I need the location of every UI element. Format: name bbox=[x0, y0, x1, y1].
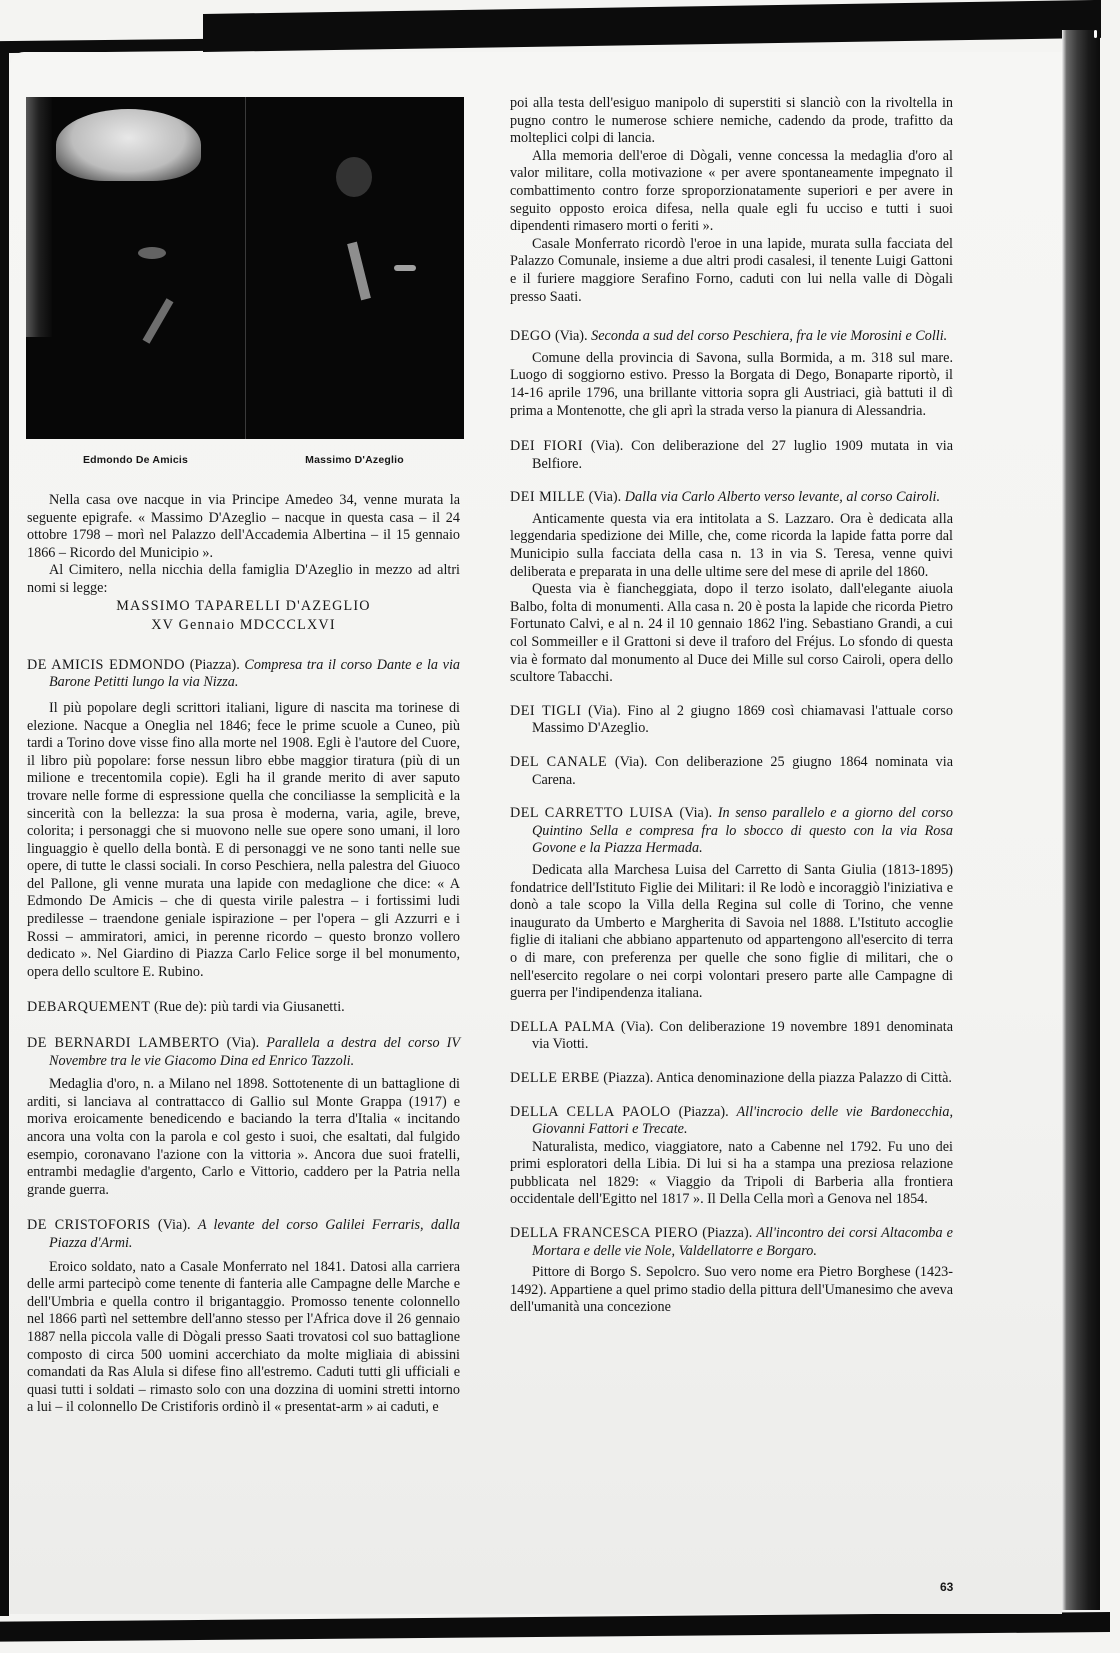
street-entry: DELLA FRANCESCA PIERO (Piazza). All'inco… bbox=[510, 1225, 953, 1317]
entry-heading: DEBARQUEMENT (Rue de): più tardi via Giu… bbox=[27, 999, 460, 1017]
entry-heading: DELLA PALMA (Via). Con deliberazione 19 … bbox=[510, 1019, 953, 1054]
paragraph: Naturalista, medico, viaggiatore, nato a… bbox=[510, 1139, 953, 1209]
entry-heading: DE AMICIS EDMONDO (Piazza). Compresa tra… bbox=[27, 657, 460, 692]
street-type: (Via). bbox=[227, 1035, 260, 1051]
street-name: DEBARQUEMENT bbox=[27, 999, 150, 1015]
entry-heading: DEI FIORI (Via). Con deliberazione del 2… bbox=[510, 438, 953, 473]
paragraph: Anticamente questa via era intitolata a … bbox=[510, 511, 953, 581]
street-name: DELLA PALMA bbox=[510, 1019, 615, 1035]
entry-heading: DEL CANALE (Via). Con deliberazione 25 g… bbox=[510, 754, 953, 789]
paragraph: Eroico soldato, nato a Casale Monferrato… bbox=[27, 1259, 460, 1417]
scan-border-top bbox=[203, 0, 1101, 52]
paragraph: Medaglia d'oro, n. a Milano nel 1898. So… bbox=[27, 1076, 460, 1199]
photo-captions: Edmondo De Amicis Massimo D'Azeglio bbox=[26, 454, 464, 466]
street-type: (Via). bbox=[158, 1217, 191, 1233]
entry-text: Antica denominazione della piazza Palazz… bbox=[656, 1070, 952, 1086]
entry-heading: DEGO (Via). Seconda a sud del corso Pesc… bbox=[510, 328, 953, 346]
entry-heading: DELLA CELLA PAOLO (Piazza). All'incrocio… bbox=[510, 1104, 953, 1139]
street-entry: DEL CARRETTO LUISA (Via). In senso paral… bbox=[510, 805, 953, 1003]
paragraph: Dedicata alla Marchesa Luisa del Carrett… bbox=[510, 862, 953, 1003]
street-entry: DE AMICIS EDMONDO (Piazza). Compresa tra… bbox=[27, 657, 460, 982]
entry-heading: DEI TIGLI (Via). Fino al 2 giugno 1869 c… bbox=[510, 703, 953, 738]
left-column: Nella casa ove nacque in via Principe Am… bbox=[27, 492, 460, 1417]
epigraph-line: XV Gennaio MDCCCLXVI bbox=[27, 617, 460, 635]
photo-d-azeglio bbox=[245, 97, 465, 439]
street-location: Dalla via Carlo Alberto verso levante, a… bbox=[625, 489, 940, 505]
scan-border-right bbox=[1062, 30, 1100, 1610]
street-type: (Via). bbox=[615, 754, 648, 770]
street-entry: DELLA PALMA (Via). Con deliberazione 19 … bbox=[510, 1019, 953, 1054]
street-entry: DEBARQUEMENT (Rue de): più tardi via Giu… bbox=[27, 999, 460, 1017]
paragraph: Nella casa ove nacque in via Principe Am… bbox=[27, 492, 460, 562]
right-column: poi alla testa dell'esiguo manipolo di s… bbox=[510, 95, 953, 1317]
street-entry: DE BERNARDI LAMBERTO (Via). Parallela a … bbox=[27, 1035, 460, 1199]
street-name: DELLE ERBE bbox=[510, 1070, 600, 1086]
scan-mark bbox=[1094, 30, 1097, 38]
paragraph: Comune della provincia di Savona, sulla … bbox=[510, 350, 953, 420]
street-entry: DELLA CELLA PAOLO (Piazza). All'incrocio… bbox=[510, 1104, 953, 1210]
street-type: (Via). bbox=[591, 438, 624, 454]
street-name: DE BERNARDI LAMBERTO bbox=[27, 1035, 219, 1051]
street-type: (Piazza). bbox=[190, 657, 240, 673]
portrait-photos bbox=[26, 97, 464, 439]
paragraph: Al Cimitero, nella nicchia della famigli… bbox=[27, 562, 460, 597]
entry-heading: DELLA FRANCESCA PIERO (Piazza). All'inco… bbox=[510, 1225, 953, 1260]
street-entry: DEI FIORI (Via). Con deliberazione del 2… bbox=[510, 438, 953, 473]
street-type: (Via). bbox=[555, 328, 588, 344]
paragraph: Questa via è fiancheggiata, dopo il terz… bbox=[510, 581, 953, 687]
street-entry: DEI TIGLI (Via). Fino al 2 giugno 1869 c… bbox=[510, 703, 953, 738]
paragraph: Il più popolare degli scrittori italiani… bbox=[27, 700, 460, 982]
street-type: (Via). bbox=[621, 1019, 654, 1035]
street-location: Seconda a sud del corso Peschiera, fra l… bbox=[591, 328, 947, 344]
street-type: (Via). bbox=[680, 805, 713, 821]
street-type: (Rue de): bbox=[154, 999, 207, 1015]
street-type: (Piazza). bbox=[679, 1104, 729, 1120]
street-type: (Via). bbox=[588, 703, 621, 719]
caption-de-amicis: Edmondo De Amicis bbox=[26, 454, 245, 466]
paragraph: Casale Monferrato ricordò l'eroe in una … bbox=[510, 236, 953, 306]
street-name: DEI FIORI bbox=[510, 438, 583, 454]
street-name: DELLA CELLA PAOLO bbox=[510, 1104, 671, 1120]
street-name: DE CRISTOFORIS bbox=[27, 1217, 151, 1233]
street-entry: DEGO (Via). Seconda a sud del corso Pesc… bbox=[510, 328, 953, 420]
caption-d-azeglio: Massimo D'Azeglio bbox=[245, 454, 464, 466]
street-name: DEGO bbox=[510, 328, 551, 344]
entry-heading: DEL CARRETTO LUISA (Via). In senso paral… bbox=[510, 805, 953, 858]
epigraph-line: MASSIMO TAPARELLI D'AZEGLIO bbox=[27, 598, 460, 616]
street-entry: DE CRISTOFORIS (Via). A levante del cors… bbox=[27, 1217, 460, 1417]
paragraph: Pittore di Borgo S. Sepolcro. Suo vero n… bbox=[510, 1264, 953, 1317]
street-entry: DEL CANALE (Via). Con deliberazione 25 g… bbox=[510, 754, 953, 789]
photo-de-amicis bbox=[26, 97, 245, 439]
street-name: DEL CARRETTO LUISA bbox=[510, 805, 674, 821]
paragraph: poi alla testa dell'esiguo manipolo di s… bbox=[510, 95, 953, 148]
street-type: (Via). bbox=[589, 489, 622, 505]
street-name: DE AMICIS EDMONDO bbox=[27, 657, 185, 673]
scan-border-left bbox=[0, 44, 9, 1616]
scan-border-bottom bbox=[0, 1612, 1110, 1642]
entry-heading: DELLE ERBE (Piazza). Antica denominazion… bbox=[510, 1070, 953, 1088]
entry-text: più tardi via Giusanetti. bbox=[211, 999, 345, 1015]
street-name: DEI MILLE bbox=[510, 489, 585, 505]
page-number: 63 bbox=[940, 1580, 953, 1594]
street-name: DELLA FRANCESCA PIERO bbox=[510, 1225, 698, 1241]
entry-heading: DEI MILLE (Via). Dalla via Carlo Alberto… bbox=[510, 489, 953, 507]
paragraph: Alla memoria dell'eroe di Dògali, venne … bbox=[510, 148, 953, 236]
scan-border-top-left bbox=[0, 39, 205, 53]
street-type: (Piazza). bbox=[603, 1070, 653, 1086]
street-name: DEL CANALE bbox=[510, 754, 607, 770]
entry-heading: DE BERNARDI LAMBERTO (Via). Parallela a … bbox=[27, 1035, 460, 1070]
street-name: DEI TIGLI bbox=[510, 703, 582, 719]
entry-heading: DE CRISTOFORIS (Via). A levante del cors… bbox=[27, 1217, 460, 1252]
street-entry: DEI MILLE (Via). Dalla via Carlo Alberto… bbox=[510, 489, 953, 687]
street-type: (Piazza). bbox=[702, 1225, 752, 1241]
street-entry: DELLE ERBE (Piazza). Antica denominazion… bbox=[510, 1070, 953, 1088]
